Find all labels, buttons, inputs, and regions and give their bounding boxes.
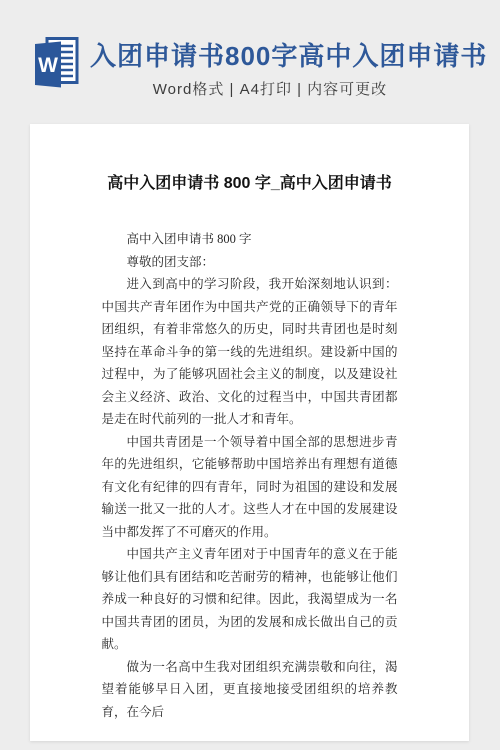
- page-title: 入团申请书800字高中入团申请书: [90, 41, 450, 71]
- word-icon-letter: W: [38, 54, 58, 77]
- paragraph: 中国共青团是一个领导着中国全部的思想进步青年的先进组织，它能够帮助中国培养出有理…: [102, 431, 398, 544]
- document-body: 高中入团申请书 800 字尊敬的团支部：进入到高中的学习阶段，我开始深刻地认识到…: [102, 228, 398, 723]
- format-info: Word格式 | A4打印 | 内容可更改: [90, 78, 450, 99]
- document-title: 高中入团申请书 800 字_高中入团申请书: [48, 174, 451, 194]
- paragraph: 中国共产主义青年团对于中国青年的意义在于能够让他们具有团结和吃苦耐劳的精神，也能…: [102, 543, 398, 656]
- header-text: 入团申请书800字高中入团申请书 Word格式 | A4打印 | 内容可更改: [90, 41, 450, 99]
- header: W 入团申请书800字高中入团申请书 Word格式 | A4打印 | 内容可更改: [0, 0, 500, 110]
- paragraph: 进入到高中的学习阶段，我开始深刻地认识到：中国共产青年团作为中国共产党的正确领导…: [102, 273, 398, 431]
- word-icon: W: [33, 37, 79, 90]
- paragraph: 做为一名高中生我对团组织充满崇敬和向往，渴望着能够早日入团，更直接地接受团组织的…: [102, 656, 398, 724]
- document-page: 高中入团申请书 800 字_高中入团申请书 高中入团申请书 800 字尊敬的团支…: [30, 124, 469, 741]
- paragraph: 尊敬的团支部：: [102, 251, 398, 274]
- paragraph: 高中入团申请书 800 字: [102, 228, 398, 251]
